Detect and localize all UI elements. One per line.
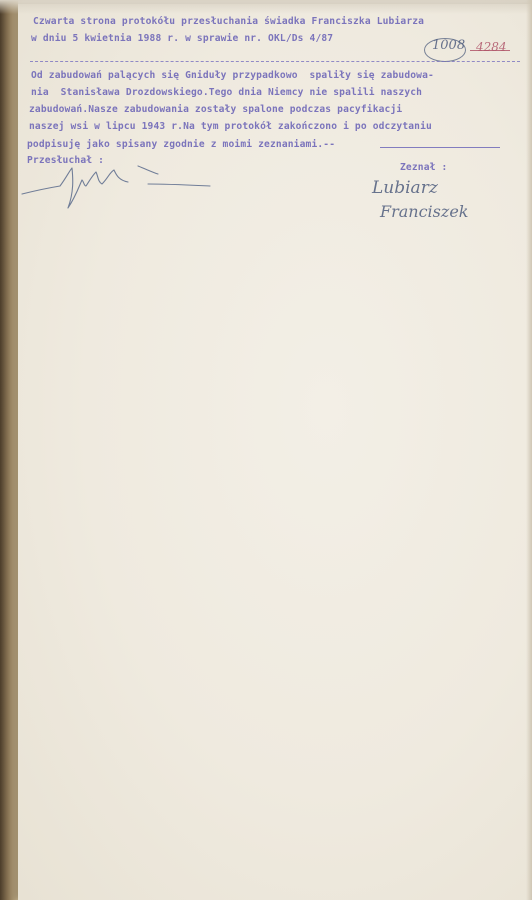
binding-spine <box>0 0 18 900</box>
body-line-4: naszej wsi w lipcu 1943 r.Na tym protokó… <box>29 121 432 132</box>
body-line-2: nia Stanisława Drozdowskiego.Tego dnia N… <box>31 87 422 98</box>
witness-signature-firstname: Franciszek <box>380 202 468 221</box>
page-top-shadow <box>0 0 532 14</box>
closing-dash-line <box>380 147 500 148</box>
header-line-2: w dniu 5 kwietnia 1988 r. w sprawie nr. … <box>31 33 333 44</box>
body-line-1: Od zabudowań palących się Gniduły przypa… <box>31 70 434 81</box>
old-number-strikethrough <box>470 50 510 51</box>
page-right-edge <box>526 0 532 900</box>
witness-signature-surname: Lubiarz <box>372 178 438 198</box>
header-separator <box>30 61 520 62</box>
interrogator-signature <box>18 160 218 220</box>
header-line-1: Czwarta strona protokółu przesłuchania ś… <box>33 16 424 27</box>
scanned-document: Czwarta strona protokółu przesłuchania ś… <box>0 0 532 900</box>
body-line-3: zabudowań.Nasze zabudowania zostały spal… <box>29 104 402 115</box>
old-page-number-annotation: 4284 <box>476 40 507 54</box>
witness-label: Zeznał : <box>400 162 447 173</box>
page-number-annotation: 1008 <box>432 38 465 53</box>
body-line-5: podpisuję jako spisany zgodnie z moimi z… <box>27 139 335 150</box>
